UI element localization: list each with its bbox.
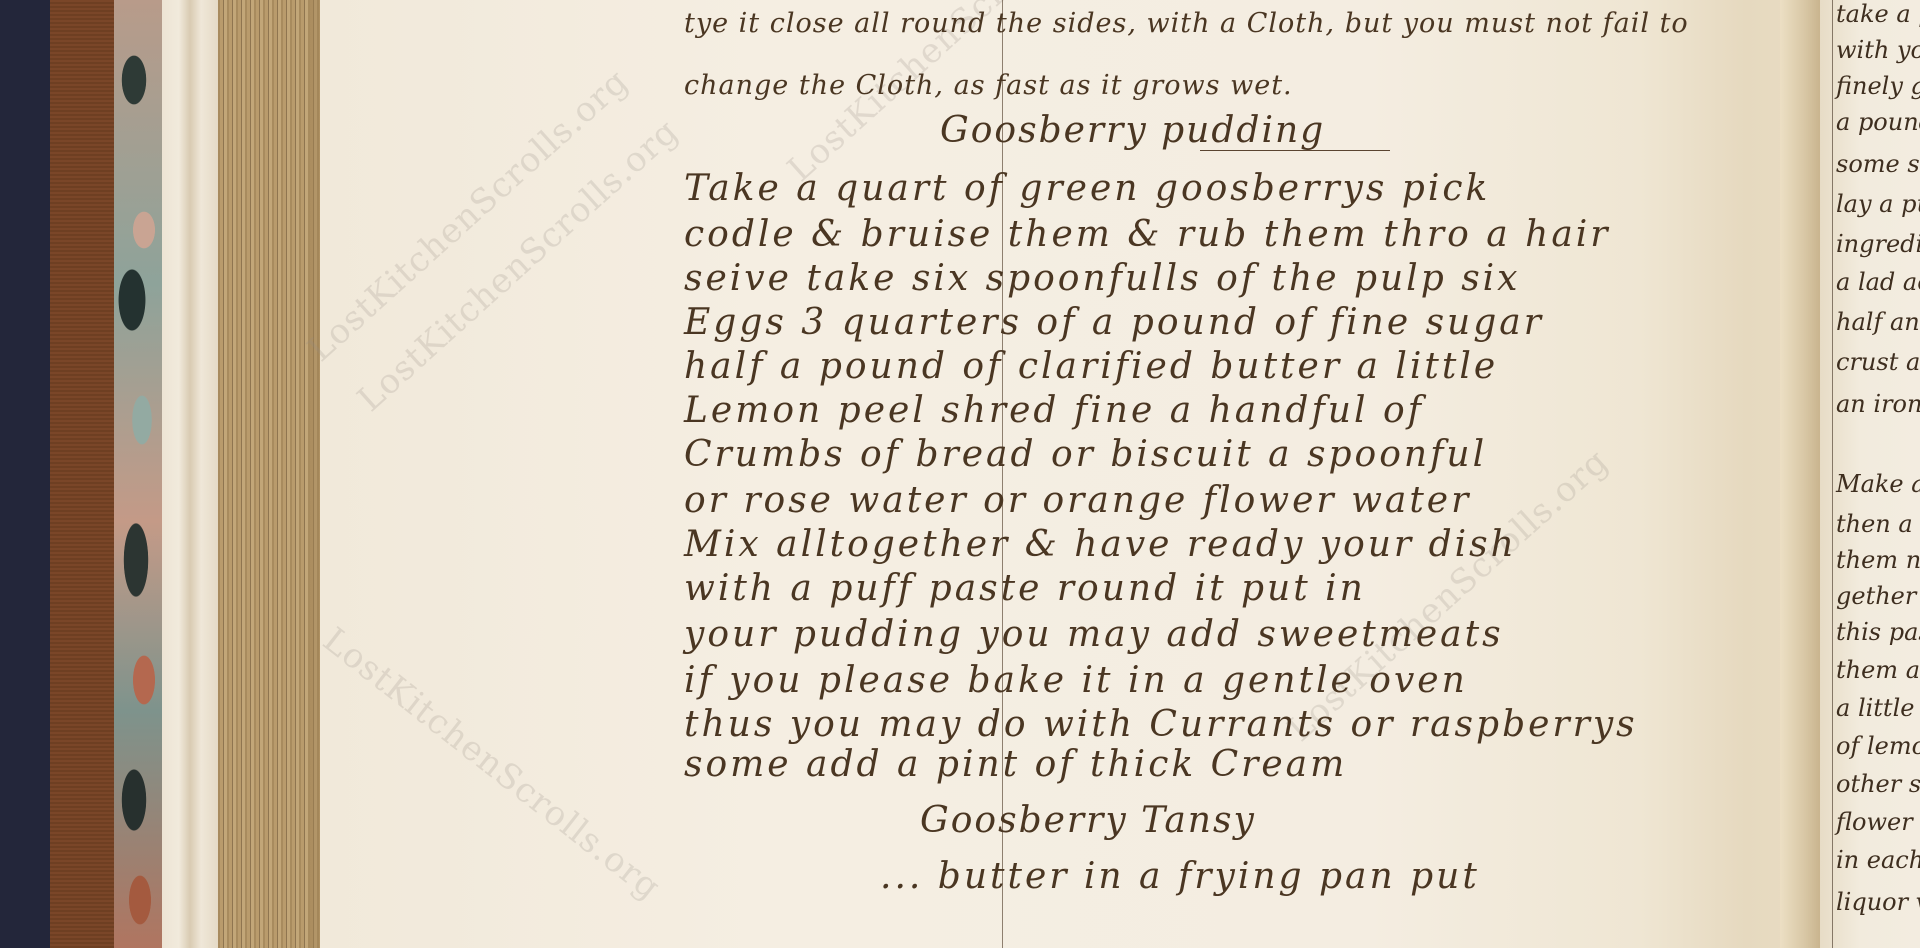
facing-text-line: then a cra xyxy=(1836,510,1920,538)
book-gutter xyxy=(1780,0,1820,948)
cloth-binding-spine xyxy=(50,0,114,948)
text-line: codle & bruise them & rub them thro a ha… xyxy=(684,214,1611,255)
text-line: with a puff paste round it put in xyxy=(684,568,1366,609)
facing-text-line: them an xyxy=(1836,656,1920,684)
facing-text-line: of lemon xyxy=(1836,732,1920,760)
facing-text-line: a little p xyxy=(1836,694,1920,722)
facing-text-line: in each d xyxy=(1836,846,1920,874)
facing-text-line: Make a f xyxy=(1836,470,1920,498)
text-line: Take a quart of green goosberrys pick xyxy=(684,168,1490,209)
text-line: change the Cloth, as fast as it grows we… xyxy=(684,70,1293,101)
text-line: Mix alltogether & have ready your dish xyxy=(684,524,1517,565)
text-line: thus you may do with Currants or raspber… xyxy=(684,704,1638,745)
watermark: LostKitchenScrolls.org xyxy=(315,620,668,908)
text-line: Eggs 3 quarters of a pound of fine sugar xyxy=(684,302,1544,343)
facing-text-line: with your xyxy=(1836,36,1920,64)
facing-text-line: other sau xyxy=(1836,770,1920,798)
text-line: Lemon peel shred fine a handful of xyxy=(684,390,1424,431)
facing-text-line: take a pu xyxy=(1836,0,1920,28)
facing-text-line: a pound xyxy=(1836,108,1920,136)
text-line: ... butter in a frying pan put xyxy=(880,856,1480,897)
endpaper-strip xyxy=(162,0,218,948)
text-line: Crumbs of bread or biscuit a spoonful xyxy=(684,434,1487,475)
main-page: LostKitchenScrolls.org LostKitchenScroll… xyxy=(320,0,1820,948)
facing-text-line: a lad ac xyxy=(1836,268,1920,296)
facing-text-line: half an xyxy=(1836,308,1920,336)
recipe-title: Goosberry pudding xyxy=(940,110,1325,151)
facing-text-line: an iron xyxy=(1836,390,1920,418)
facing-text-line: flower n xyxy=(1836,808,1920,836)
manuscript-photo: LostKitchenScrolls.org LostKitchenScroll… xyxy=(0,0,1920,948)
text-line: if you please bake it in a gentle oven xyxy=(684,660,1468,701)
text-line: some add a pint of thick Cream xyxy=(684,744,1347,785)
text-line: or rose water or orange flower water xyxy=(684,480,1471,521)
facing-text-line: some sre xyxy=(1836,150,1920,178)
text-line: half a pound of clarified butter a littl… xyxy=(684,346,1498,387)
text-line: seive take six spoonfulls of the pulp si… xyxy=(684,258,1520,299)
dark-backdrop xyxy=(0,0,52,948)
marbled-endpaper-edge xyxy=(114,0,162,948)
facing-text-line: gether a xyxy=(1836,582,1920,610)
facing-text-line: liquor v xyxy=(1836,888,1920,916)
facing-margin-rule xyxy=(1832,0,1833,948)
recipe-title: Goosberry Tansy xyxy=(920,800,1256,841)
facing-text-line: this past xyxy=(1836,618,1920,646)
page-block-edges xyxy=(218,0,320,948)
title-underline xyxy=(1200,150,1390,151)
text-line: your pudding you may add sweetmeats xyxy=(684,614,1504,655)
facing-text-line: ingredien xyxy=(1836,230,1920,258)
facing-text-line: finely gro xyxy=(1836,72,1920,100)
facing-text-line: lay a pu xyxy=(1836,190,1920,218)
facing-text-line: them ne xyxy=(1836,546,1920,574)
facing-text-line: crust as xyxy=(1836,348,1920,376)
text-line: tye it close all round the sides, with a… xyxy=(684,8,1689,39)
facing-page: take a pu with your finely gro a pound s… xyxy=(1820,0,1920,948)
